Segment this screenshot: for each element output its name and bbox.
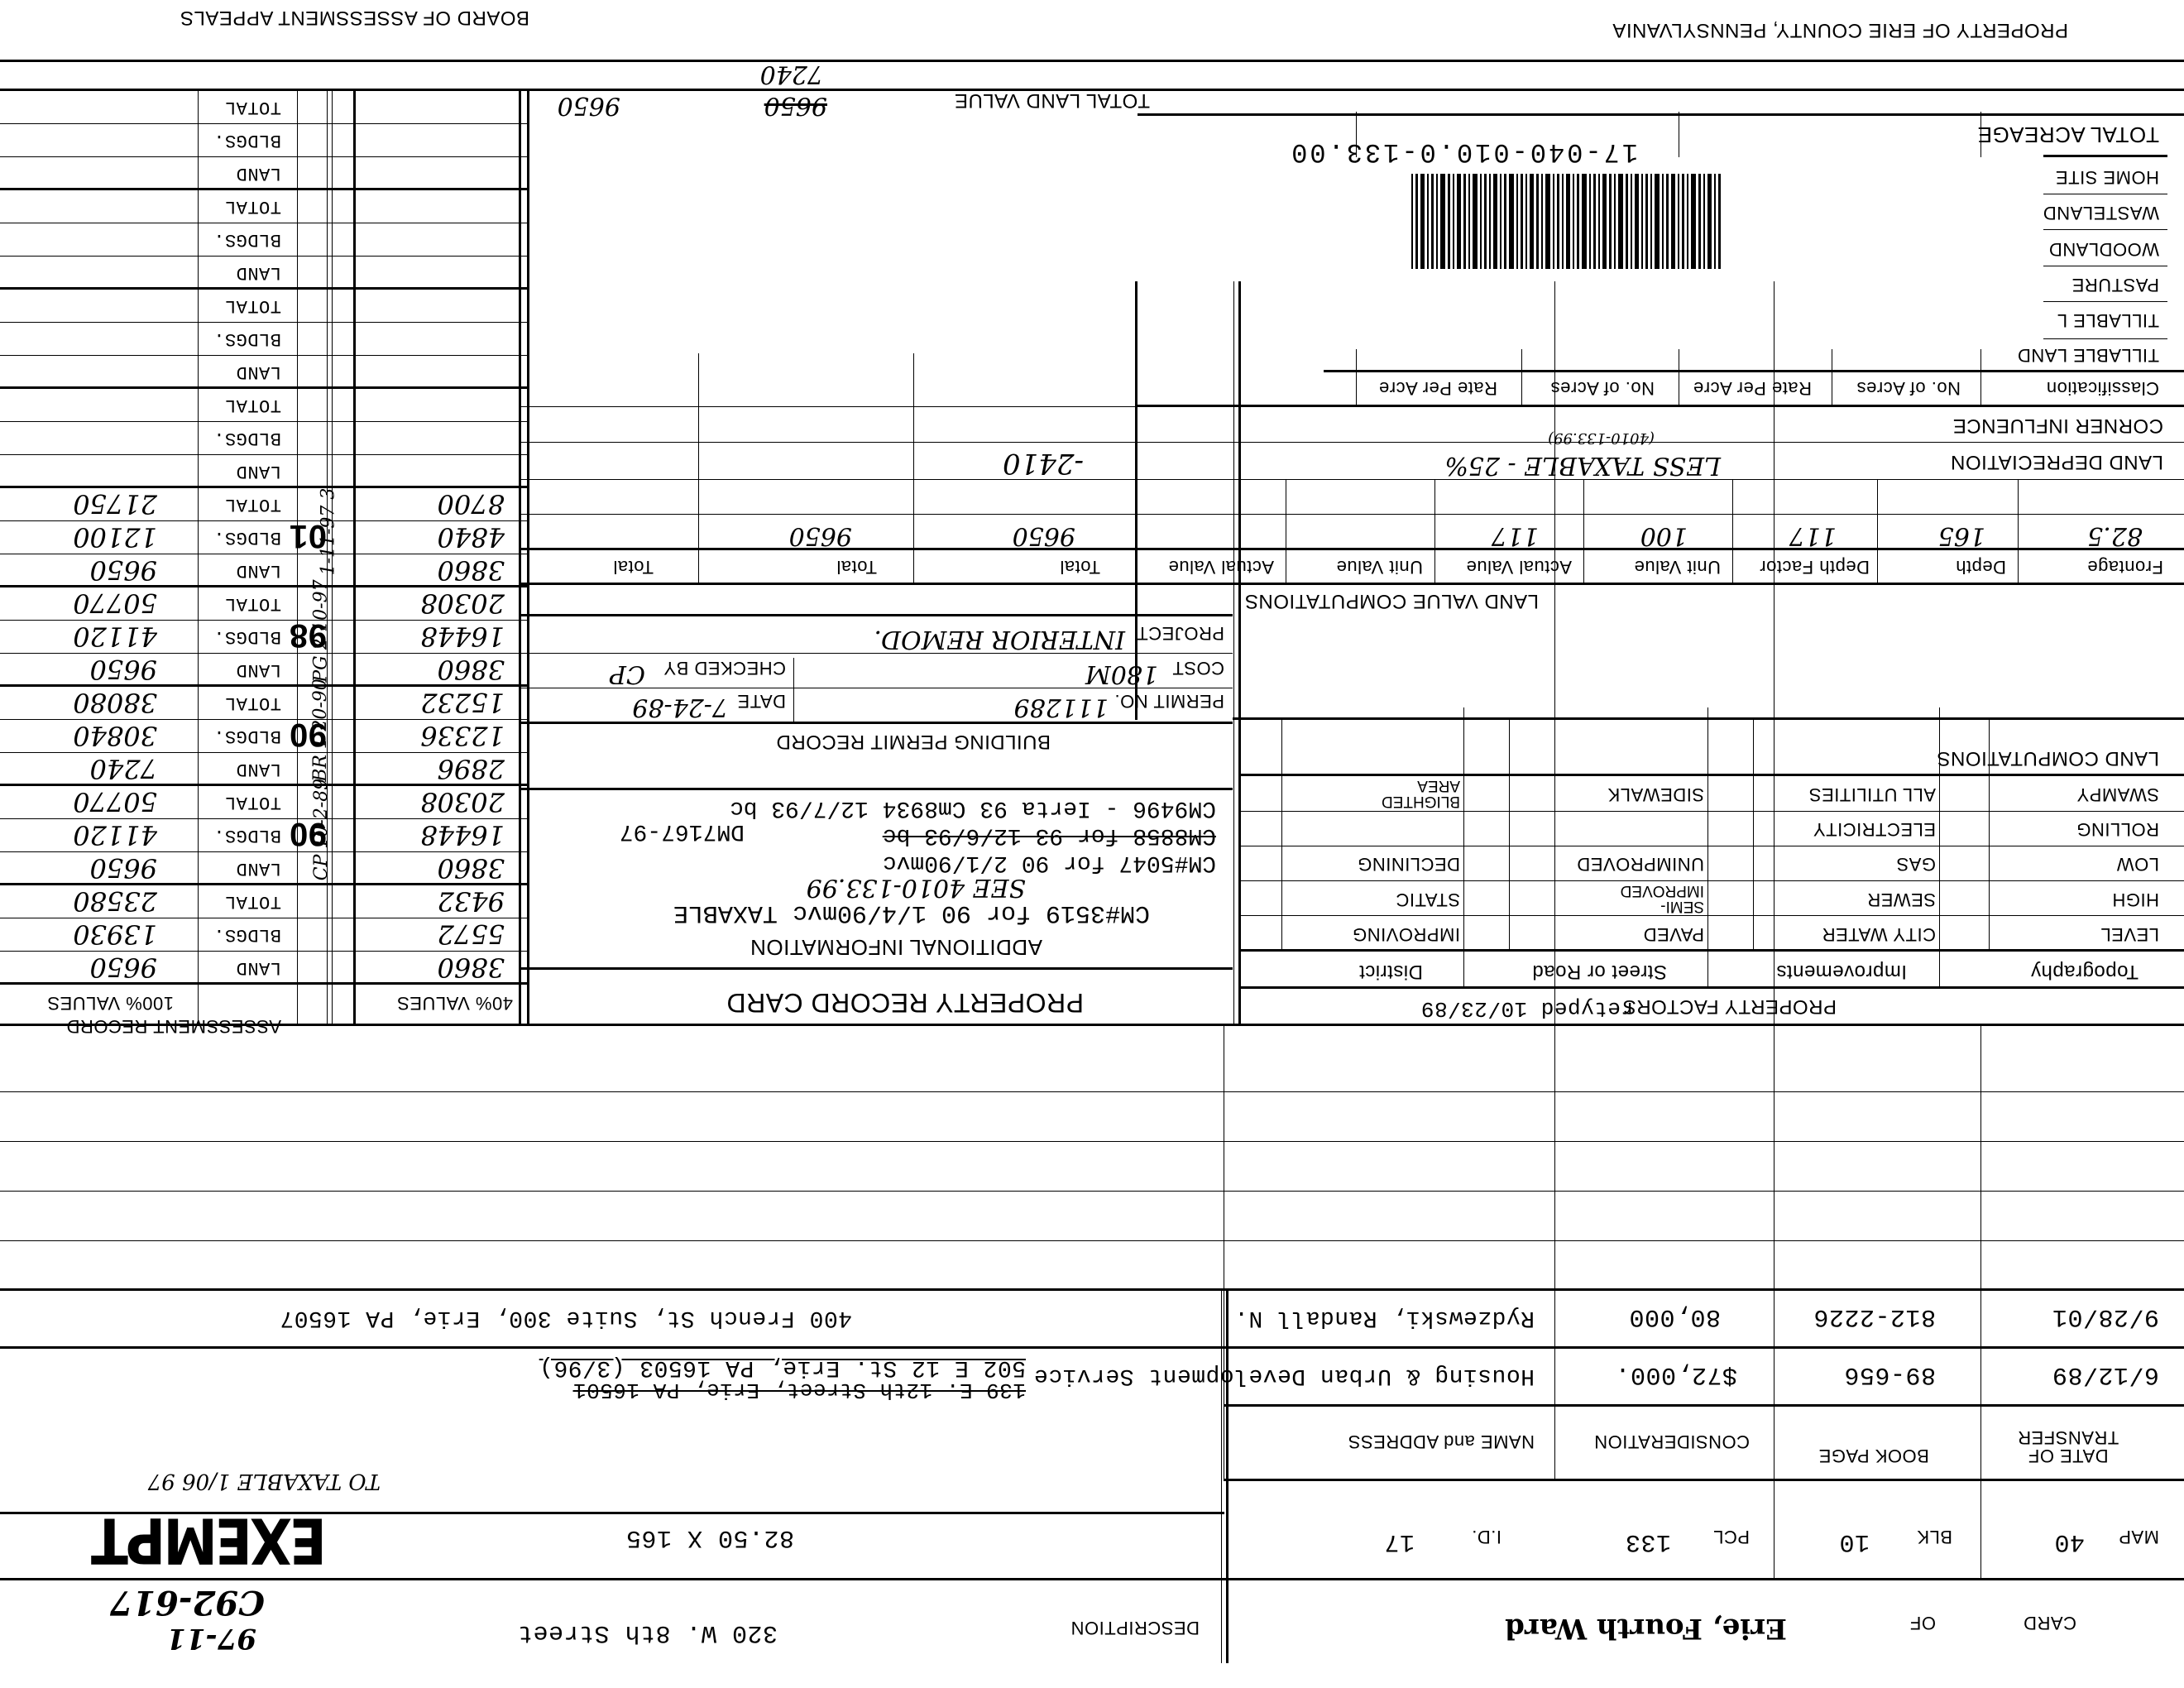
rule: [521, 548, 2184, 550]
rule: [1241, 811, 2184, 812]
divider: [793, 658, 794, 724]
pcl-label: PCL: [1713, 1526, 1750, 1547]
divider: [1521, 349, 1522, 407]
map-value: 40: [2054, 1527, 2085, 1556]
pf-swampy: SWAMPY: [2076, 784, 2159, 805]
assessment-block-rule: [0, 386, 529, 389]
assessment-block-rule: [0, 188, 529, 190]
property-record-card: CARD OF Erie, Fourth Ward DESCRIPTION 32…: [0, 0, 2184, 1688]
rule: [2043, 155, 2167, 157]
additional-info-line: DM7167-97: [620, 818, 745, 844]
transfer-date: 6/12/89: [2052, 1360, 2159, 1388]
exempt-stamp: EXEMPT: [93, 1503, 327, 1577]
checkbox-col: [1281, 720, 1282, 952]
value-100: 9650: [90, 654, 157, 685]
assessment-row-rule: [0, 719, 529, 720]
acre-header: No. of Acres: [1550, 377, 1655, 399]
assessment-row-label: LAND: [236, 858, 281, 879]
assessment-row-rule: [0, 818, 529, 819]
value-100: 38080: [73, 687, 157, 718]
value-40: 3860: [438, 554, 505, 586]
rule: [0, 1240, 2184, 1241]
dimensions: 82.50 X 165: [625, 1523, 794, 1551]
pf-level: LEVEL: [2100, 923, 2159, 945]
rule: [1241, 846, 2184, 846]
value-100: 50770: [73, 786, 157, 818]
rule: [521, 514, 2184, 515]
acre-row-wasteland: WASTELAND: [2043, 202, 2159, 223]
lv-total-header: Total: [613, 556, 654, 578]
blk-label: BLK: [1917, 1526, 1952, 1547]
depreciation-value: -2410: [1003, 447, 1084, 480]
transfer-consideration: 80,000: [1629, 1302, 1721, 1331]
assessment-block-rule: [0, 287, 529, 290]
assessment-row-label: BLDGS.: [213, 130, 281, 151]
value-40: 16448: [420, 621, 505, 652]
rule: [521, 967, 1233, 970]
rule: [0, 1141, 2184, 1142]
land-depreciation-label: LAND DEPRECIATION: [1951, 450, 2163, 473]
permit-date: 7-24-89: [632, 693, 728, 722]
pf-header: District: [1359, 960, 1423, 983]
assessment-row-label: LAND: [236, 362, 281, 382]
transfer-name: Housing & Urban Development Service: [1033, 1363, 1535, 1388]
total-land-value-label: TOTAL LAND VALUE: [954, 89, 1150, 112]
value-100: 9650: [90, 852, 157, 884]
total-land-value: 9650: [764, 91, 827, 120]
divider: [1980, 349, 1981, 407]
acre-row-tillable: TILLABLE LAND: [2017, 344, 2159, 366]
exempt-note: TO TAXABLE 1/06 97: [148, 1469, 381, 1494]
value-100: 23580: [73, 885, 157, 917]
rule: [1241, 915, 2184, 916]
lv-header-unit-value-2: Unit Value: [1336, 556, 1423, 578]
lv-frontage: 82.5: [2087, 521, 2143, 550]
value-40: 3860: [438, 654, 505, 685]
permit-record-title: BUILDING PERMIT RECORD: [776, 730, 1051, 753]
lv-total-header: Total: [1060, 556, 1100, 578]
cost-label: COST: [1172, 657, 1224, 679]
rule: [0, 1578, 2184, 1580]
divider: [1233, 281, 1234, 1026]
rule: [521, 614, 1233, 616]
lv-depth-factor: 117: [1789, 521, 1837, 550]
value-40: 20308: [420, 786, 505, 818]
assessment-row-rule: [0, 454, 529, 455]
ward: Erie, Fourth Ward: [1505, 1612, 1787, 1645]
value-100: 12100: [73, 521, 157, 553]
divider: [1356, 112, 1357, 157]
corner-influence-label: CORNER INFLUENCE: [1952, 414, 2163, 437]
rule: [2043, 301, 2167, 302]
rule: [1233, 717, 2184, 720]
retyped-date: retyped 10/23/89: [1420, 996, 1634, 1021]
rule: [521, 583, 2184, 585]
property-address: 320 W. 8th Street: [517, 1618, 778, 1647]
pf-low: LOW: [2116, 853, 2159, 875]
value-100: 7240: [90, 753, 157, 784]
rule: [521, 722, 1233, 724]
divider: [1286, 480, 1286, 585]
lv-total: 9650: [789, 521, 852, 550]
rule: [0, 1288, 2184, 1291]
rule: [521, 479, 2184, 480]
assessment-row-label: TOTAL: [224, 693, 281, 713]
assessment-row-rule: [0, 322, 529, 323]
permit-no-label: PERMIT NO.: [1114, 690, 1224, 712]
card-label: CARD: [2024, 1612, 2076, 1633]
divider: [1463, 707, 1464, 989]
assessment-row-rule: [0, 851, 529, 852]
divider: [1434, 480, 1435, 585]
rule: [521, 442, 2184, 443]
rule: [1241, 949, 2184, 952]
divider: [1980, 112, 1981, 157]
lv-total: 9650: [1013, 521, 1075, 550]
assessment-row-label: LAND: [236, 957, 281, 978]
parcel-barcode: [1409, 174, 1721, 269]
additional-info-line: SEE 4010-133.99: [807, 873, 1026, 902]
value-40: 5572: [438, 918, 505, 950]
assessment-row-label: LAND: [236, 163, 281, 184]
assessment-row-label: TOTAL: [224, 395, 281, 415]
pf-city-water: CITY WATER: [1822, 923, 1936, 945]
assessment-row-rule: [0, 421, 529, 422]
cost: 180M: [1085, 659, 1158, 688]
divider: [1238, 281, 1241, 1026]
rule: [0, 1191, 2184, 1192]
transfer-address: 400 French St, Suite 300, Erie, PA 16507: [280, 1305, 852, 1331]
transfer-book: 89-656: [1844, 1360, 1936, 1388]
rule: [1224, 1479, 2184, 1481]
rule: [1241, 880, 2184, 881]
assessment-row-label: BLDGS.: [213, 825, 281, 846]
pf-high: HIGH: [2112, 889, 2159, 910]
lv-total-header: Total: [836, 556, 877, 578]
book-page-header: BOOK PAGE: [1812, 1446, 1936, 1465]
rule: [0, 1091, 2184, 1092]
rule: [0, 1024, 2184, 1026]
handwritten-code: C92-617: [109, 1583, 265, 1622]
pf-gas: GAS: [1896, 853, 1936, 875]
assessment-row-label: BLDGS.: [213, 626, 281, 647]
value-100: 41120: [73, 621, 157, 652]
assessment-row-rule: [0, 554, 529, 554]
assessment-row-rule: [0, 123, 529, 124]
checked-by: CP: [610, 659, 645, 688]
rule: [2043, 338, 2167, 339]
checkbox-col: [1509, 720, 1510, 952]
lv-depth: 165: [1938, 521, 1985, 550]
barcode-number: 17-040-010.0-133.00: [1289, 137, 1638, 167]
divider: [1356, 349, 1357, 407]
assessment-row-rule: [0, 752, 529, 753]
divider: [1877, 480, 1878, 585]
pf-electricity: ELECTRICITY: [1813, 818, 1936, 840]
transfer-name: Rydzewski, Randall N.: [1234, 1305, 1535, 1331]
divider: [527, 91, 529, 1026]
assessment-row-label: BLDGS.: [213, 428, 281, 448]
name-address-header: NAME and ADDRESS: [1348, 1431, 1535, 1452]
transfer-consideration: $72,000.: [1615, 1360, 1737, 1388]
divider: [297, 91, 298, 1026]
assessment-row-label: BLDGS.: [213, 328, 281, 349]
permit-date-label: DATE: [737, 690, 786, 712]
divider: [1679, 349, 1679, 407]
blk-value: 10: [1839, 1527, 1870, 1556]
rule: [1241, 986, 2184, 989]
depreciation-ref: (4010-133.99): [1548, 429, 1655, 447]
pf-declining: DECLINING: [1358, 853, 1460, 875]
project-label: PROJECT: [1137, 622, 1224, 644]
acre-row-tillable-l: TILLABLE L: [2057, 309, 2159, 331]
value-40: 4840: [438, 521, 505, 553]
acre-header: Rate Per Acre: [1693, 377, 1812, 399]
divider: [1583, 480, 1584, 585]
acre-row-woodland: WOODLAND: [2048, 238, 2159, 260]
total-land-value: 9650: [558, 91, 620, 120]
divider: [698, 353, 699, 585]
assessment-row-rule: [0, 951, 529, 952]
lv-actual-value: 117: [1492, 521, 1539, 550]
depreciation-note: LESS TAXABLE - 25%: [1444, 451, 1721, 480]
value-40: 8700: [438, 488, 505, 520]
assessment-row-label: BLDGS.: [213, 924, 281, 945]
divider: [1774, 281, 1774, 1481]
rule: [0, 1512, 1224, 1514]
lv-header-actual-value-2: Actual Value: [1168, 556, 1274, 578]
project: INTERIOR REMOD.: [874, 625, 1126, 654]
lv-header-depth-factor: Depth Factor: [1760, 556, 1870, 578]
value-40: 3860: [438, 852, 505, 884]
assessment-row-rule: [0, 918, 529, 918]
pf-header: Street or Road: [1532, 960, 1667, 983]
record-card-title: PROPERTY RECORD CARD: [726, 987, 1084, 1018]
transfer-date-header: DATE OF TRANSFER: [2002, 1428, 2134, 1465]
rule: [1137, 405, 2184, 407]
assessment-row-label: TOTAL: [224, 196, 281, 217]
pcl-value: 133: [1625, 1527, 1671, 1556]
value-40: 16448: [420, 819, 505, 851]
pf-header: Topography: [2031, 960, 2138, 983]
lv-header-unit-value: Unit Value: [1634, 556, 1721, 578]
assessment-row-label: LAND: [236, 461, 281, 482]
assessment-row-rule: [0, 653, 529, 654]
assessment-row-label: TOTAL: [224, 891, 281, 912]
divider: [1135, 281, 1137, 720]
rule: [2043, 194, 2167, 194]
transfer-address: 502 E 12 St. Erie, PA 16503 (3/96): [539, 1355, 1026, 1380]
values-40-title: 40% VALUES: [397, 992, 513, 1014]
acre-header: Classification: [2046, 377, 2159, 399]
rule: [2043, 266, 2167, 266]
rule: [1241, 774, 2184, 776]
lv-header-frontage: Frontage: [2087, 556, 2163, 578]
land-value-computations-title: LAND VALUE COMPUTATIONS: [1244, 589, 1539, 612]
additional-info-line: CM#3519 for 90 1/4/90mvc TAXABLE: [673, 899, 1150, 927]
of-label: OF: [1909, 1612, 1936, 1633]
value-40: 12336: [420, 720, 505, 751]
pf-sidewalk: SIDEWALK: [1607, 784, 1704, 805]
consideration-header: CONSIDERATION: [1594, 1431, 1750, 1452]
divider: [1732, 480, 1733, 585]
value-40: 9432: [438, 885, 505, 917]
map-label: MAP: [2119, 1526, 2159, 1547]
rule: [521, 788, 1233, 790]
assessment-row-label: LAND: [236, 659, 281, 680]
handwritten-code-2: 97-11: [166, 1622, 256, 1655]
board-of-appeals: BOARD OF ASSESSMENT APPEALS: [180, 6, 529, 29]
rule: [521, 406, 1137, 407]
value-40: 3860: [438, 952, 505, 983]
value-100: 9650: [90, 554, 157, 586]
assessment-row-rule: [0, 620, 529, 621]
acre-row-pasture: PASTURE: [2071, 274, 2159, 295]
rule: [1137, 113, 2184, 116]
value-100: 9650: [90, 952, 157, 983]
transfer-date: 9/28/01: [2052, 1302, 2159, 1331]
assessment-row-label: LAND: [236, 560, 281, 581]
divider: [1832, 349, 1832, 407]
permit-no: 111289: [1013, 693, 1109, 722]
checkbox-col: [1753, 720, 1754, 952]
pf-header: Improvements: [1776, 960, 1907, 983]
pf-static: STATIC: [1396, 889, 1460, 910]
additional-info-line-struck: CM8858 for 93 12/6/93 bc: [883, 822, 1216, 848]
assessment-row-rule: [0, 520, 529, 521]
pf-unimproved: UNIMPROVED: [1577, 853, 1704, 875]
assessment-row-label: BLDGS.: [213, 527, 281, 548]
assessment-row-label: LAND: [236, 262, 281, 283]
total-land-value-revised: 7240: [760, 60, 823, 89]
pf-semi-improved: SEMI-IMPROVED: [1605, 883, 1704, 914]
rule: [0, 1346, 2184, 1349]
lv-header-actual-value: Actual Value: [1466, 556, 1572, 578]
acre-header: Rate Per Acre: [1379, 377, 1497, 399]
divider: [913, 353, 914, 585]
assessment-row-rule: [0, 223, 529, 223]
assessment-note: PG 2-10-97: [310, 579, 331, 682]
pf-all-utilities: ALL UTILITIES: [1808, 784, 1936, 805]
assessment-row-label: TOTAL: [224, 494, 281, 515]
acre-header: No. of Acres: [1856, 377, 1961, 399]
rule: [2043, 229, 2167, 230]
divider: [1707, 707, 1708, 989]
rule: [1324, 370, 2184, 372]
divider: [1224, 1026, 1224, 1481]
value-40: 2896: [438, 753, 505, 784]
lv-header-depth: Depth: [1956, 556, 2006, 578]
divider: [519, 91, 521, 1026]
rule: [0, 60, 2184, 62]
pf-paved: PAVED: [1643, 923, 1704, 945]
assessment-note: CP 10-2-89: [311, 779, 332, 880]
land-computations-title: LAND COMPUTATIONS: [1937, 746, 2159, 770]
assessment-row-label: TOTAL: [224, 792, 281, 813]
assessment-row-label: BLDGS.: [213, 726, 281, 746]
assessment-row-label: BLDGS.: [213, 229, 281, 250]
assessment-row-label: LAND: [236, 759, 281, 779]
values-100-title: 100% VALUES: [47, 992, 174, 1014]
value-40: 20308: [420, 587, 505, 619]
acre-row-home-site: HOME SITE: [2055, 166, 2159, 188]
value-100: 13930: [73, 918, 157, 950]
assessment-record-title: ASSESSMENT RECORD: [66, 1015, 281, 1037]
transfer-book: 812-2226: [1813, 1302, 1936, 1331]
pf-rolling: ROLLING: [2076, 818, 2159, 840]
total-acreage-label: TOTAL ACREAGE: [1977, 122, 2159, 147]
assessment-row-label: TOTAL: [224, 97, 281, 117]
divider: [2018, 480, 2019, 585]
value-100: 21750: [73, 488, 157, 520]
divider: [198, 91, 199, 1026]
assessment-row-rule: [0, 256, 529, 257]
additional-info-line: CM#5047 for 90 2/1/90mvc: [883, 850, 1216, 875]
id-label: I.D.: [1472, 1526, 1501, 1547]
assessment-note: BR 1-20-90: [310, 679, 331, 782]
value-40: 15232: [420, 687, 505, 718]
owner-notice: PROPERTY OF ERIE COUNTY, PENNSYLVANIA: [1612, 18, 2068, 41]
assessment-row-rule: [0, 355, 529, 356]
assessment-row-label: TOTAL: [224, 295, 281, 316]
rule: [0, 89, 2184, 91]
pf-sewer: SEWER: [1867, 889, 1936, 910]
assessment-row-rule: [0, 156, 529, 157]
value-100: 41120: [73, 819, 157, 851]
assessment-row-label: TOTAL: [224, 593, 281, 614]
assessment-block-rule: [0, 486, 529, 488]
description-label: DESCRIPTION: [1070, 1617, 1200, 1638]
divider: [1980, 1026, 1981, 1481]
additional-info-line: CM9496 - Ierta 93 Cm8934 12/7/93 bc: [730, 795, 1216, 821]
rule: [1224, 1404, 2184, 1407]
property-factors-title: PROPERTY FACTORS: [1622, 995, 1837, 1018]
transfer-address-struck: 139 E. 12th Street, Erie, PA 16501: [573, 1378, 1027, 1403]
assessment-note: 1-11-97 3: [318, 488, 339, 576]
lv-unit-value: 100: [1640, 521, 1688, 550]
additional-info-title: ADDITIONAL INFORMATION: [750, 934, 1042, 960]
divider: [1679, 112, 1679, 157]
value-100: 30840: [73, 720, 157, 751]
pf-improving: IMPROVING: [1353, 923, 1460, 945]
value-100: 50770: [73, 587, 157, 619]
pf-blighted-area: BLIGHTED AREA: [1361, 778, 1460, 809]
id-value: 17: [1384, 1527, 1415, 1556]
divider: [353, 91, 356, 1026]
checked-by-label: CHECKED BY: [663, 657, 786, 679]
